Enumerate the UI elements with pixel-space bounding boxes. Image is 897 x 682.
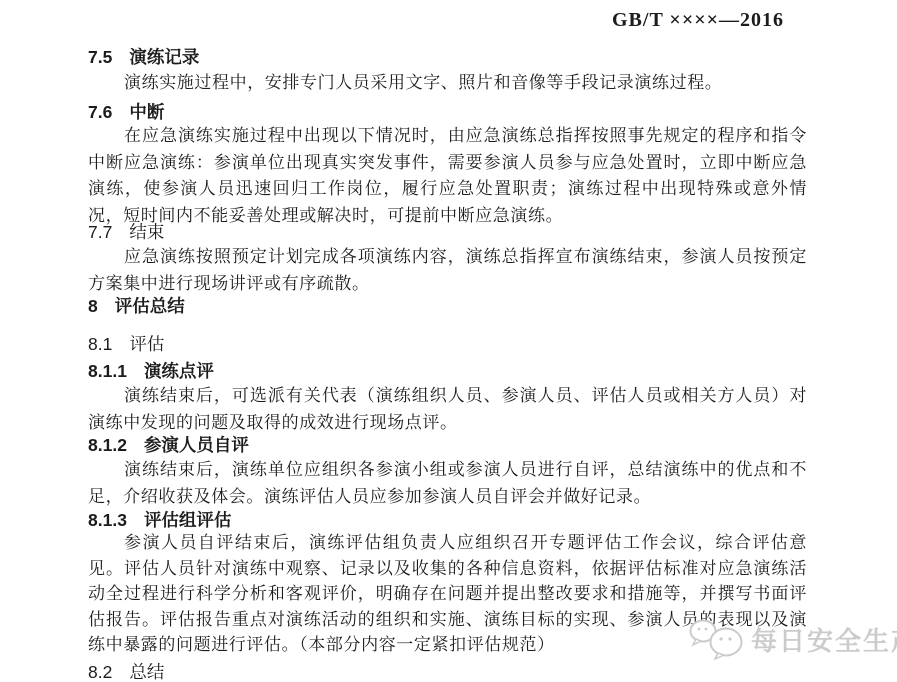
section-title: 评估组评估: [144, 510, 232, 530]
watermark: 每日安全生产: [688, 618, 897, 660]
standard-number: GB/T ××××—2016: [612, 9, 784, 32]
watermark-text: 每日安全生产: [751, 621, 897, 658]
paragraph-8-1-2: 演练结束后，演练单位应组织各参演小组或参演人员进行自评，总结演练中的优点和不足，…: [88, 457, 807, 510]
paragraph-7-5: 演练实施过程中，安排专门人员采用文字、照片和音像等手段记录演练过程。: [88, 70, 807, 97]
section-heading-7-5: 7.5演练记录: [88, 44, 199, 69]
section-heading-8-1-2: 8.1.2参演人员自评: [88, 432, 249, 457]
section-number: 8: [88, 296, 98, 317]
section-heading-8: 8评估总结: [88, 293, 185, 318]
section-heading-8-1-1: 8.1.1演练点评: [88, 358, 214, 383]
section-title: 中断: [129, 102, 164, 122]
section-number: 8.2: [88, 662, 112, 682]
section-title: 评估: [129, 334, 164, 354]
section-title: 演练点评: [144, 361, 214, 381]
section-title: 参演人员自评: [144, 435, 249, 455]
section-number: 7.5: [88, 47, 112, 68]
document-page: GB/T ××××—2016 7.5演练记录 演练实施过程中，安排专门人员采用文…: [0, 0, 897, 682]
paragraph-8-1-1: 演练结束后，可选派有关代表（演练组织人员、参演人员、评估人员或相关方人员）对演练…: [88, 383, 807, 436]
section-title: 评估总结: [115, 296, 185, 316]
section-number: 8.1.1: [88, 361, 127, 382]
section-heading-8-2: 8.2总结: [88, 659, 164, 682]
section-number: 7.6: [88, 102, 112, 123]
section-heading-7-7: 7.7结束: [88, 219, 164, 244]
section-title: 总结: [129, 662, 164, 682]
section-title: 演练记录: [129, 47, 199, 67]
section-number: 7.7: [88, 222, 112, 243]
chat-bubbles-icon: [688, 618, 746, 660]
paragraph-7-7: 应急演练按照预定计划完成各项演练内容，演练总指挥宣布演练结束，参演人员按预定方案…: [88, 244, 807, 297]
section-heading-7-6: 7.6中断: [88, 99, 164, 124]
paragraph-7-6: 在应急演练实施过程中出现以下情况时，由应急演练总指挥按照事先规定的程序和指令中断…: [88, 123, 807, 229]
section-number: 8.1.3: [88, 510, 127, 531]
section-heading-8-1-3: 8.1.3评估组评估: [88, 507, 231, 532]
section-number: 8.1.2: [88, 435, 127, 456]
section-heading-8-1: 8.1评估: [88, 331, 164, 356]
section-title: 结束: [129, 222, 164, 242]
section-number: 8.1: [88, 334, 112, 355]
